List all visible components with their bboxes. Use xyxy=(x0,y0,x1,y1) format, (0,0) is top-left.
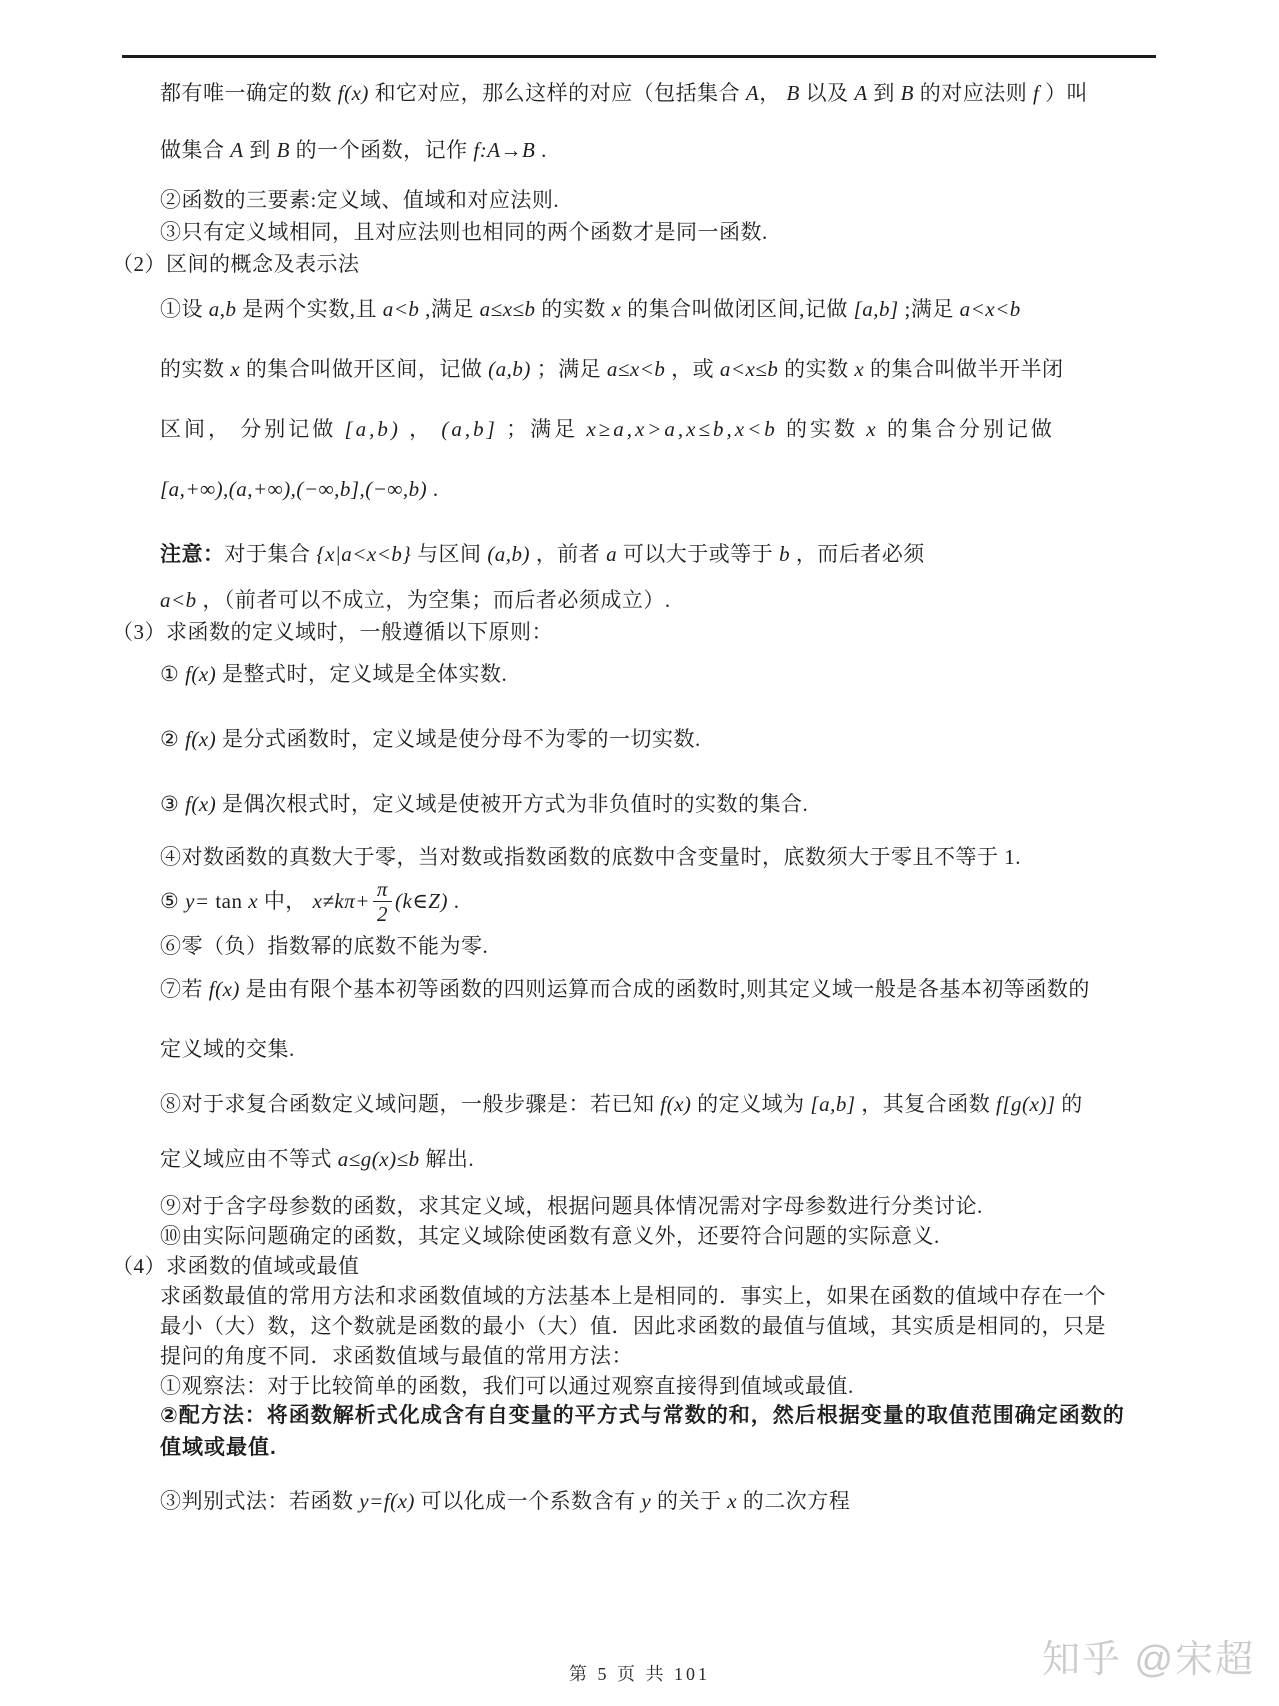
math-expression: x xyxy=(854,357,864,381)
text-line: ⑥零（负）指数幂的底数不能为零. xyxy=(0,931,1279,961)
text-line: ②函数的三要素:定义域、值域和对应法则. xyxy=(0,185,1279,215)
math-expression: y xyxy=(641,1489,651,1513)
math-expression: A xyxy=(746,81,759,105)
math-expression: {x|a<x<b} xyxy=(316,542,411,566)
text-line: 最小（大）数，这个数就是函数的最小（大）值．因此求函数的最值与值域，其实质是相同… xyxy=(0,1311,1279,1341)
text-line: 定义域应由不等式 a≤g(x)≤b 解出. xyxy=(0,1144,1279,1174)
text-line: 做集合 A 到 B 的一个函数，记作 f:A→B . xyxy=(0,135,1279,165)
math-expression: b xyxy=(779,542,790,566)
math-expression: [a,b] xyxy=(854,297,899,321)
text-line: ⑨对于含字母参数的函数，求其定义域，根据问题具体情况需对字母参数进行分类讨论. xyxy=(0,1191,1279,1221)
text-line: ①观察法：对于比较简单的函数，我们可以通过观察直接得到值域或最值. xyxy=(0,1371,1279,1401)
math-expression: a<b xyxy=(160,588,197,612)
text-line: 都有唯一确定的数 f(x) 和它对应，那么这样的对应（包括集合 A， B 以及 … xyxy=(0,78,1279,108)
text-line: ③只有定义域相同，且对应法则也相同的两个函数才是同一函数. xyxy=(0,217,1279,247)
text-line: 注意：对于集合 {x|a<x<b} 与区间 (a,b) ，前者 a 可以大于或等… xyxy=(0,539,1279,570)
math-expression: x xyxy=(248,889,258,913)
math-expression: B xyxy=(786,81,799,105)
document-page: 都有唯一确定的数 f(x) 和它对应，那么这样的对应（包括集合 A， B 以及 … xyxy=(0,0,1279,1706)
text-line: 定义域的交集. xyxy=(0,1034,1279,1064)
math-expression: A xyxy=(230,138,243,162)
text-line: a<b ，（前者可以不成立，为空集；而后者必须成立）. xyxy=(0,585,1279,615)
section-heading-line: （2）区间的概念及表示法 xyxy=(0,249,1279,279)
math-expression: f:A→B xyxy=(473,138,535,162)
text-line: 求函数最值的常用方法和求函数值域的方法基本上是相同的．事实上，如果在函数的值域中… xyxy=(0,1281,1279,1311)
math-expression: f(x) xyxy=(185,662,216,686)
math-expression: (a,b] xyxy=(441,417,497,441)
text-line: ⑤ y= tan x 中， x≠kπ+π2(k∈Z) . xyxy=(0,873,1279,929)
text-line: [a,+∞),(a,+∞),(−∞,b],(−∞,b) . xyxy=(0,474,1279,504)
section-heading-line: （3）求函数的定义域时，一般遵循以下原则： xyxy=(0,617,1279,647)
text-line: 提问的角度不同．求函数值域与最值的常用方法： xyxy=(0,1341,1279,1371)
math-expression: a<b xyxy=(383,297,420,321)
math-expression: (a,b) xyxy=(488,357,531,381)
math-expression: x≥a,x>a,x≤b,x<b xyxy=(586,417,777,441)
text-line: ⑦若 f(x) 是由有限个基本初等函数的四则运算而合成的函数时,则其定义域一般是… xyxy=(0,974,1279,1004)
math-expression: f[g(x)] xyxy=(996,1092,1056,1116)
bold-label: 注意： xyxy=(160,543,225,566)
math-expression: x xyxy=(866,417,878,441)
math-expression: a≤x<b xyxy=(607,357,666,381)
math-expression: f(x) xyxy=(185,792,216,816)
math-expression: (a,b) xyxy=(487,542,530,566)
text-line: ③ f(x) 是偶次根式时，定义域是使被开方式为非负值时的实数的集合. xyxy=(0,789,1279,819)
math-expression: A xyxy=(854,81,867,105)
math-expression: (k∈Z) xyxy=(395,889,448,913)
math-expression: x xyxy=(612,297,622,321)
text-line: ④对数函数的真数大于零，当对数或指数函数的底数中含变量时，底数须大于零且不等于 … xyxy=(0,842,1279,872)
text-line: ⑧对于求复合函数定义域问题，一般步骤是：若已知 f(x) 的定义域为 [a,b]… xyxy=(0,1089,1279,1119)
text-line: ②配方法：将函数解析式化成含有自变量的平方式与常数的和，然后根据变量的取值范围确… xyxy=(0,1401,1279,1431)
math-expression: y= xyxy=(185,889,210,913)
text-line: ① f(x) 是整式时，定义域是全体实数. xyxy=(0,659,1279,689)
document-body: 都有唯一确定的数 f(x) 和它对应，那么这样的对应（包括集合 A， B 以及 … xyxy=(0,0,1279,1516)
math-expression: [a,b] xyxy=(810,1092,855,1116)
fraction: π2 xyxy=(373,877,392,926)
text-line: ② f(x) 是分式函数时，定义域是使分母不为零的一切实数. xyxy=(0,724,1279,754)
text-line: 值域或最值. xyxy=(0,1433,1279,1463)
watermark-zhihu: 知乎 @宋超 xyxy=(1042,1628,1255,1683)
math-expression: f(x) xyxy=(338,81,369,105)
math-expression: x≠kπ+ xyxy=(313,889,370,913)
math-expression: f(x) xyxy=(660,1092,691,1116)
math-expression: x xyxy=(230,357,240,381)
math-expression: a≤x≤b xyxy=(480,297,536,321)
math-expression: f(x) xyxy=(185,727,216,751)
text-line: ⑩由实际问题确定的函数，其定义域除使函数有意义外，还要符合问题的实际意义. xyxy=(0,1221,1279,1251)
math-expression: B xyxy=(277,138,290,162)
math-expression: a<x≤b xyxy=(720,357,779,381)
text-line: 的实数 x 的集合叫做开区间，记做 (a,b) ；满足 a≤x<b ，或 a<x… xyxy=(0,354,1279,384)
math-expression: f(x) xyxy=(209,977,240,1001)
math-expression: y=f(x) xyxy=(359,1489,415,1513)
text-line: 区间， 分别记做 [a,b) ， (a,b] ；满足 x≥a,x>a,x≤b,x… xyxy=(0,414,1279,444)
math-expression: a<x<b xyxy=(960,297,1021,321)
math-expression: [a,+∞),(a,+∞),(−∞,b],(−∞,b) xyxy=(160,477,427,501)
math-expression: B xyxy=(901,81,914,105)
math-expression: x xyxy=(727,1489,737,1513)
math-expression: f xyxy=(1033,81,1039,105)
section-heading-line: （4）求函数的值域或最值 xyxy=(0,1251,1279,1281)
math-expression: a≤g(x)≤b xyxy=(338,1147,420,1171)
math-expression: a,b xyxy=(209,297,237,321)
text-line: ③判别式法：若函数 y=f(x) 可以化成一个系数含有 y 的关于 x 的二次方… xyxy=(0,1486,1279,1516)
math-expression: a xyxy=(606,542,617,566)
math-expression: [a,b) xyxy=(345,417,401,441)
text-line: ①设 a,b 是两个实数,且 a<b ,满足 a≤x≤b 的实数 x 的集合叫做… xyxy=(0,294,1279,324)
